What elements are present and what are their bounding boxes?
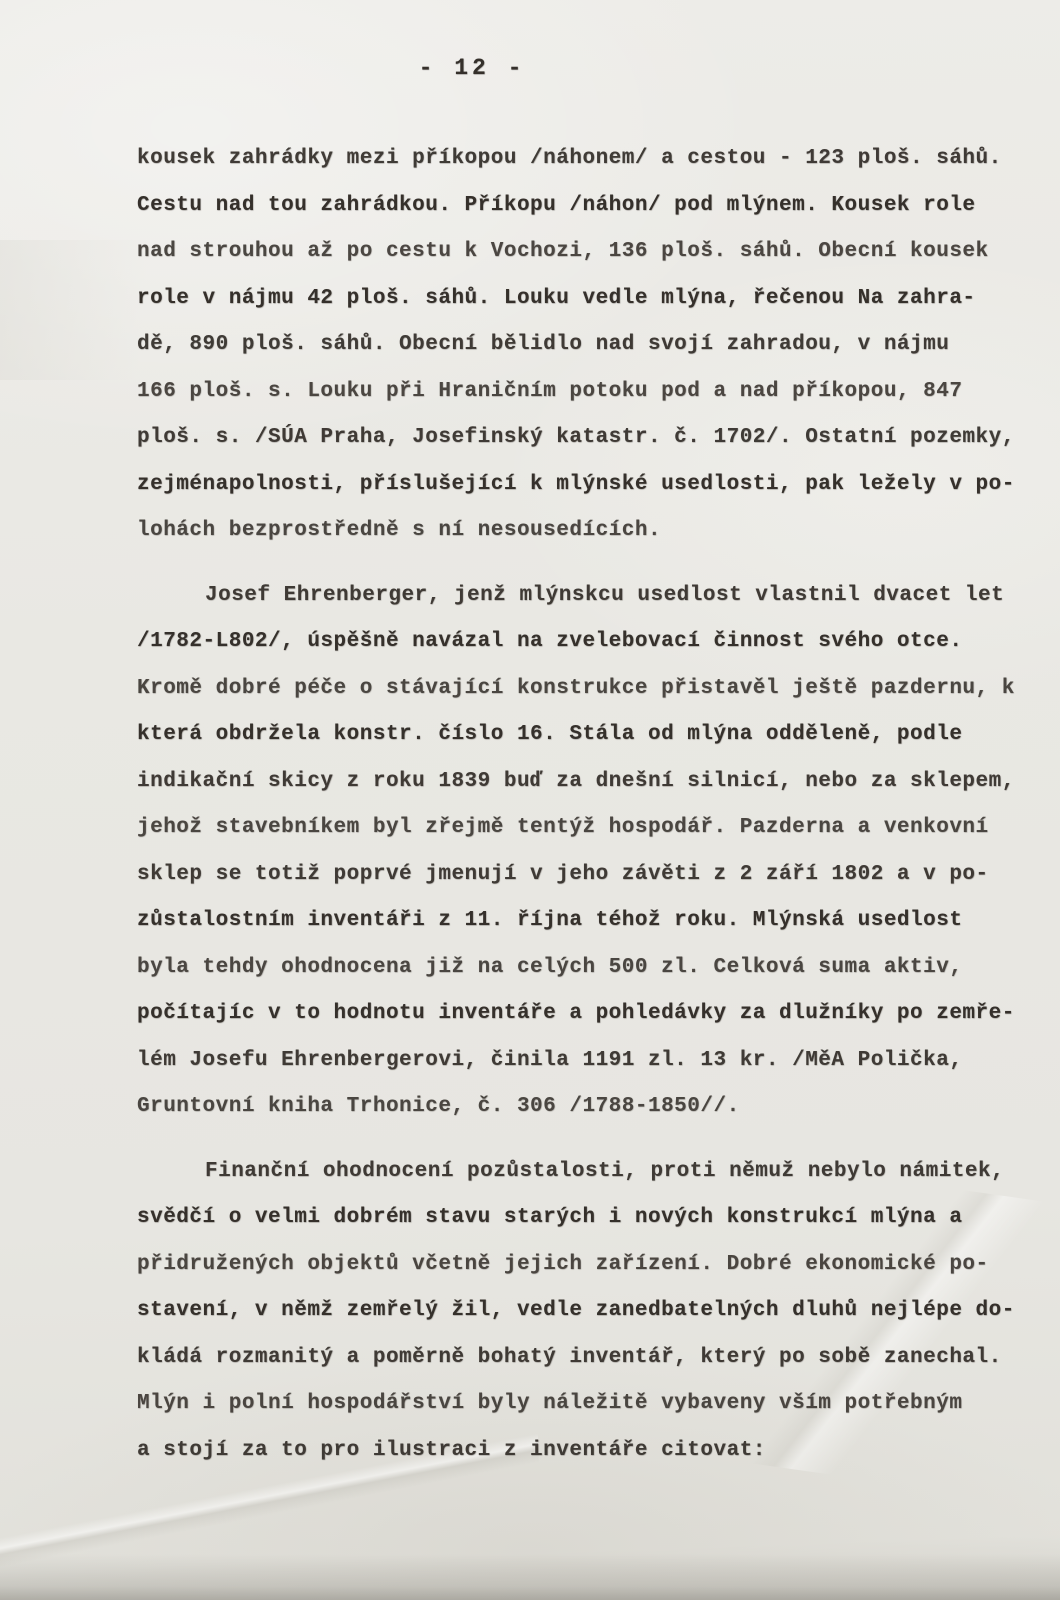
text-line: sklep se totiž poprvé jmenují v jeho záv…: [137, 852, 1043, 899]
text-body: kousek zahrádky mezi příkopou /náhonem/ …: [137, 136, 1043, 1474]
text-line: kousek zahrádky mezi příkopou /náhonem/ …: [137, 136, 1043, 183]
text-line: dě, 890 ploš. sáhů. Obecní bělidlo nad s…: [137, 322, 1043, 369]
text-line: zejménapolnosti, příslušející k mlýnské …: [137, 462, 1043, 509]
text-line: nad strouhou až po cestu k Vochozi, 136 …: [137, 229, 1043, 276]
text-line: lém Josefu Ehrenbergerovi, činila 1191 z…: [137, 1038, 1043, 1085]
text-line: kládá rozmanitý a poměrně bohatý inventá…: [137, 1335, 1043, 1382]
text-line: Josef Ehrenberger, jenž mlýnskcu usedlos…: [137, 573, 1043, 620]
text-line: Gruntovní kniha Trhonice, č. 306 /1788-1…: [137, 1084, 1043, 1131]
text-line: stavení, v němž zemřelý žil, vedle zaned…: [137, 1288, 1043, 1335]
text-line: přidružených objektů včetně jejich zaříz…: [137, 1242, 1043, 1289]
text-line: zůstalostním inventáři z 11. října téhož…: [137, 898, 1043, 945]
text-line: Kromě dobré péče o stávající konstrukce …: [137, 666, 1043, 713]
text-line: byla tehdy ohodnocena již na celých 500 …: [137, 945, 1043, 992]
text-line: svědčí o velmi dobrém stavu starých i no…: [137, 1195, 1043, 1242]
paragraph: Josef Ehrenberger, jenž mlýnskcu usedlos…: [137, 573, 1043, 1131]
text-line: 166 ploš. s. Louku při Hraničním potoku …: [137, 369, 1043, 416]
text-line: ploš. s. /SÚA Praha, Josefinský katastr.…: [137, 415, 1043, 462]
page-number: - 12 -: [419, 55, 526, 81]
text-line: role v nájmu 42 ploš. sáhů. Louku vedle …: [137, 276, 1043, 323]
text-line: lohách bezprostředně s ní nesousedících.: [137, 508, 1043, 555]
paragraph: kousek zahrádky mezi příkopou /náhonem/ …: [137, 136, 1043, 555]
text-line: Finanční ohodnocení pozůstalosti, proti …: [137, 1149, 1043, 1196]
text-line: jehož stavebníkem byl zřejmě tentýž hosp…: [137, 805, 1043, 852]
paragraph: Finanční ohodnocení pozůstalosti, proti …: [137, 1149, 1043, 1475]
text-line: Cestu nad tou zahrádkou. Příkopu /náhon/…: [137, 183, 1043, 230]
text-line: a stojí za to pro ilustraci z inventáře …: [137, 1428, 1043, 1475]
text-line: Mlýn i polní hospodářství byly náležitě …: [137, 1381, 1043, 1428]
text-line: počítajíc v to hodnotu inventáře a pohle…: [137, 991, 1043, 1038]
text-line: indikační skicy z roku 1839 buď za dnešn…: [137, 759, 1043, 806]
text-line: /1782-L802/, úspěšně navázal na zvelebov…: [137, 619, 1043, 666]
text-line: která obdržela konstr. číslo 16. Stála o…: [137, 712, 1043, 759]
